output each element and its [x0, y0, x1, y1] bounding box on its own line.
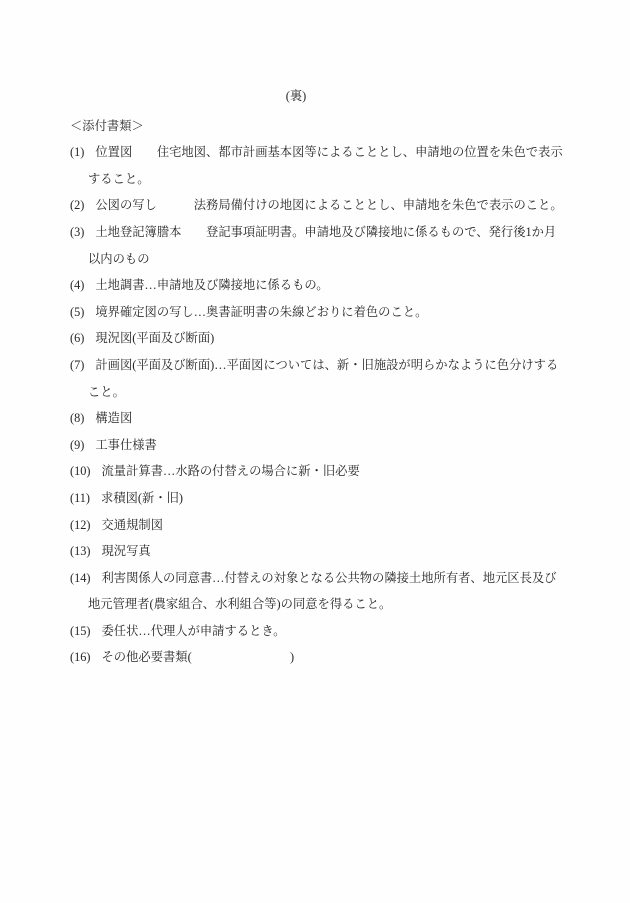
item-number: (8) [70, 411, 84, 425]
item-text: 現況図(平面及び断面) [95, 331, 214, 345]
item-line: (15)委任状…代理人が申請するとき。 [0, 618, 630, 645]
item-text: 土地登記簿謄本 登記事項証明書。申請地及び隣接地に係るもので、発行後1か月 [95, 225, 556, 239]
item-continuation: 以内のもの [0, 246, 630, 273]
item-line: (12)交通規制図 [0, 512, 630, 539]
list-item: (11)求積図(新・旧) [0, 485, 630, 512]
item-line: (2)公図の写し 法務局備付けの地図によることとし、申請地を朱色で表示のこと。 [0, 192, 630, 219]
item-text: その他必要書類( ) [102, 650, 295, 664]
list-item: (6)現況図(平面及び断面) [0, 325, 630, 352]
item-number: (16) [70, 650, 91, 664]
list-item: (8)構造図 [0, 405, 630, 432]
page-side-label: (裏) [0, 83, 630, 110]
list-item: (10)流量計算書…水路の付替えの場合に新・旧必要 [0, 458, 630, 485]
item-line: (4)土地調書…申請地及び隣接地に係るもの。 [0, 272, 630, 299]
item-line: (13)現況写真 [0, 538, 630, 565]
item-text: 委任状…代理人が申請するとき。 [102, 624, 286, 638]
item-line: (6)現況図(平面及び断面) [0, 325, 630, 352]
item-number: (11) [70, 491, 90, 505]
item-text: 位置図 住宅地図、都市計画基本図等によることとし、申請地の位置を朱色で表示 [95, 145, 562, 159]
item-text: 工事仕様書 [95, 438, 157, 452]
item-line: (8)構造図 [0, 405, 630, 432]
item-line: (1)位置図 住宅地図、都市計画基本図等によることとし、申請地の位置を朱色で表示 [0, 139, 630, 166]
item-text: 境界確定図の写し…奥書証明書の朱線どおりに着色のこと。 [95, 305, 427, 319]
item-number: (12) [70, 518, 91, 532]
item-number: (5) [70, 305, 84, 319]
item-line: (3)土地登記簿謄本 登記事項証明書。申請地及び隣接地に係るもので、発行後1か月 [0, 219, 630, 246]
item-continuation: すること。 [0, 166, 630, 193]
item-number: (10) [70, 464, 91, 478]
list-item: (9)工事仕様書 [0, 432, 630, 459]
section-title: ＜添付書類＞ [0, 113, 630, 140]
item-text: 構造図 [95, 411, 132, 425]
item-number: (4) [70, 278, 84, 292]
item-text: 求積図(新・旧) [101, 491, 183, 505]
item-line: (16)その他必要書類( ) [0, 644, 630, 671]
list-item: (16)その他必要書類( ) [0, 644, 630, 671]
list-item: (15)委任状…代理人が申請するとき。 [0, 618, 630, 645]
item-text: 土地調書…申請地及び隣接地に係るもの。 [95, 278, 328, 292]
item-text: 流量計算書…水路の付替えの場合に新・旧必要 [102, 464, 360, 478]
item-number: (6) [70, 331, 84, 345]
item-number: (2) [70, 198, 84, 212]
item-line: (11)求積図(新・旧) [0, 485, 630, 512]
item-number: (3) [70, 225, 84, 239]
item-number: (7) [70, 358, 84, 372]
list-item: (1)位置図 住宅地図、都市計画基本図等によることとし、申請地の位置を朱色で表示… [0, 139, 630, 192]
list-item: (5)境界確定図の写し…奥書証明書の朱線どおりに着色のこと。 [0, 299, 630, 326]
item-number: (14) [70, 571, 91, 585]
item-continuation: 地元管理者(農家組合、水利組合等)の同意を得ること。 [0, 591, 630, 618]
document-content: (裏) ＜添付書類＞ (1)位置図 住宅地図、都市計画基本図等によることとし、申… [0, 0, 630, 671]
item-number: (13) [70, 544, 91, 558]
list-item: (12)交通規制図 [0, 512, 630, 539]
list-item: (3)土地登記簿謄本 登記事項証明書。申請地及び隣接地に係るもので、発行後1か月… [0, 219, 630, 272]
item-number: (9) [70, 438, 84, 452]
list-item: (4)土地調書…申請地及び隣接地に係るもの。 [0, 272, 630, 299]
item-text: 交通規制図 [102, 518, 164, 532]
item-text: 現況写真 [102, 544, 151, 558]
item-line: (10)流量計算書…水路の付替えの場合に新・旧必要 [0, 458, 630, 485]
list-item: (7)計画図(平面及び断面)…平面図については、新・旧施設が明らかなように色分け… [0, 352, 630, 405]
item-line: (14)利害関係人の同意書…付替えの対象となる公共物の隣接土地所有者、地元区長及… [0, 565, 630, 592]
item-line: (7)計画図(平面及び断面)…平面図については、新・旧施設が明らかなように色分け… [0, 352, 630, 379]
item-text: 利害関係人の同意書…付替えの対象となる公共物の隣接土地所有者、地元区長及び [102, 571, 557, 585]
list-item: (13)現況写真 [0, 538, 630, 565]
item-text: 公図の写し 法務局備付けの地図によることとし、申請地を朱色で表示のこと。 [95, 198, 562, 212]
attachment-list: (1)位置図 住宅地図、都市計画基本図等によることとし、申請地の位置を朱色で表示… [0, 139, 630, 671]
item-number: (1) [70, 145, 84, 159]
item-line: (5)境界確定図の写し…奥書証明書の朱線どおりに着色のこと。 [0, 299, 630, 326]
item-continuation: こと。 [0, 379, 630, 406]
item-line: (9)工事仕様書 [0, 432, 630, 459]
item-text: 計画図(平面及び断面)…平面図については、新・旧施設が明らかなように色分けする [95, 358, 558, 372]
list-item: (2)公図の写し 法務局備付けの地図によることとし、申請地を朱色で表示のこと。 [0, 192, 630, 219]
list-item: (14)利害関係人の同意書…付替えの対象となる公共物の隣接土地所有者、地元区長及… [0, 565, 630, 618]
document-page: (裏) ＜添付書類＞ (1)位置図 住宅地図、都市計画基本図等によることとし、申… [0, 0, 630, 903]
item-number: (15) [70, 624, 91, 638]
